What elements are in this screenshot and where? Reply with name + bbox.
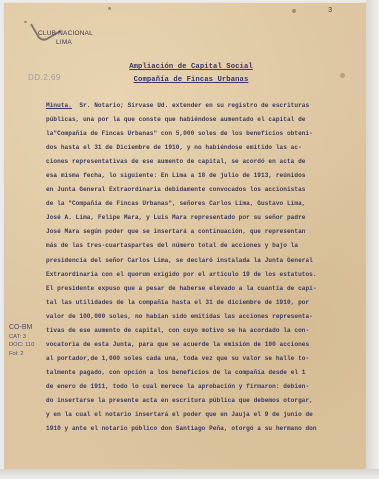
page-number: 3 — [328, 7, 332, 15]
body-line: do insertarse la presente acta en escrit… — [46, 394, 358, 408]
body-line: tal las utilidades de la compañía hasta … — [46, 296, 358, 310]
body-line: José A. Lima, Felipe Mara, y Luis Mara r… — [46, 211, 358, 225]
document-body: Minuta. Sr. Notario; Sírvase Ud. extende… — [46, 99, 358, 436]
archive-stamp: CLUB NACIONAL LIMA — [38, 29, 93, 47]
body-line: públicas, una por la que conste que habi… — [46, 113, 358, 127]
body-line: de enero de 1911, todo lo cual merece la… — [46, 380, 358, 394]
body-line: la"Compañía de Fincas Urbanas" con 5,000… — [46, 127, 358, 141]
margin-archive-notes: CO-BM CAT: 3 DOC: 110 Fol: 2 — [9, 324, 34, 358]
body-line: valor de 100,000 soles, no habían sido e… — [46, 310, 358, 324]
stamp-line-1: CLUB NACIONAL — [38, 29, 93, 38]
stain-speck — [108, 7, 111, 10]
body-line: Extraordinaria con el quorum exigido por… — [46, 268, 358, 282]
minuta-heading: Minuta. — [46, 102, 72, 109]
body-line: Minuta. Sr. Notario; Sírvase Ud. extende… — [46, 99, 358, 113]
scan-edge-right — [366, 0, 379, 479]
document-title-line-2: Compañía de Fincas Urbanas — [6, 76, 376, 84]
body-line: tivas de ese aumento de capital, con cuy… — [46, 324, 358, 338]
body-line: presidencia del señor Carlos Lima, se de… — [46, 254, 358, 268]
body-line: talmente pagado, con opción a los benefi… — [46, 366, 358, 380]
body-line: José Mara según poder que se insertará a… — [46, 225, 358, 239]
stain-speck — [24, 21, 27, 23]
scan-edge-bottom — [0, 469, 379, 479]
body-line: y en la cual el notario insertará el pod… — [46, 408, 358, 422]
body-line: de la "Compañía de Fincas Urbanas", seño… — [46, 197, 358, 211]
body-line: vocatoria de esta Junta, para que se acu… — [46, 338, 358, 352]
body-line: más de las tres-cuartaspartes del número… — [46, 239, 358, 253]
margin-note-2: CAT: 3 — [9, 333, 34, 342]
margin-note-3: DOC: 110 — [9, 341, 34, 350]
document-title-line-1: Ampliación de Capital Social — [6, 63, 376, 71]
body-line: al portador,de 1,000 soles cada una, tod… — [46, 352, 358, 366]
stain-speck — [292, 9, 296, 13]
body-line: ciones representativas de ese aumento de… — [46, 155, 358, 169]
stamp-line-2: LIMA — [38, 38, 93, 47]
body-line: en Junta General Extraordinaria debidame… — [46, 183, 358, 197]
body-line: 1910 y ante el notario público don Santi… — [46, 422, 358, 436]
body-line: esa misma fecha, lo siguiente: En Lima a… — [46, 169, 358, 183]
margin-note-1: CO-BM — [9, 324, 34, 333]
margin-note-4: Fol: 2 — [9, 350, 34, 359]
body-line: El presidente expuso que a pesar de habe… — [46, 282, 358, 296]
body-line: dos hasta el 31 de Diciembre de 1910, y … — [46, 141, 358, 155]
